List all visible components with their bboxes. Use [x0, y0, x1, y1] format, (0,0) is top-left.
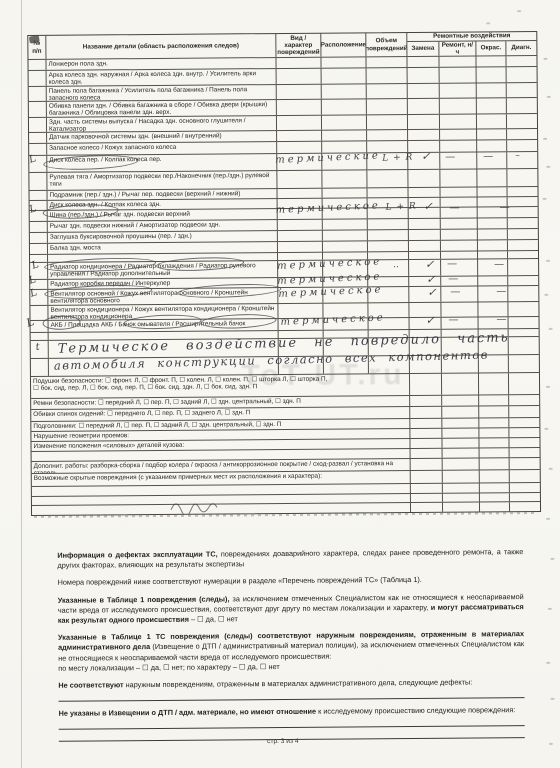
value-cell — [367, 170, 408, 187]
value-cell — [476, 56, 506, 66]
header-cell: Название детали (область расположения сл… — [46, 34, 276, 59]
value-cell — [441, 218, 478, 228]
handwritten-entry: — — [450, 287, 460, 298]
value-cell — [407, 57, 439, 67]
paragraph-bold-text: Информация о дефектах эксплуатации ТС, — [57, 549, 221, 559]
row-number-cell — [30, 233, 48, 243]
part-name-cell: Панель пола багажника / Усилитель пола б… — [47, 85, 277, 101]
value-cell — [440, 67, 477, 82]
value-cell — [440, 114, 477, 128]
handwritten-entry: .. — [393, 260, 399, 270]
value-cell — [508, 240, 538, 250]
value-cell — [477, 140, 507, 151]
repair-cell — [410, 396, 442, 406]
value-cell — [277, 85, 322, 99]
value-cell — [322, 99, 367, 114]
value-cell — [509, 355, 539, 372]
part-name-cell: Рычаг здн. подвески нижний / Амортизатор… — [48, 220, 278, 232]
handwritten-entry: — — [448, 315, 458, 326]
value-cell — [440, 187, 477, 196]
scan-noise-dot — [550, 558, 554, 560]
value-cell — [366, 57, 407, 67]
value-cell — [277, 100, 322, 115]
value-cell — [278, 231, 323, 241]
paragraph: Не соответствуют наружным повреждениям, … — [58, 677, 524, 702]
part-name-cell: Арка колеса здн. наружная / Арка колеса … — [47, 69, 277, 86]
repair-cell — [411, 459, 443, 470]
annotation-layer: термическиеL + R✓——–термическоеL + R✓——т… — [0, 0, 557, 2]
value-cell — [508, 302, 538, 316]
value-cell — [367, 115, 408, 129]
value-cell — [367, 188, 408, 197]
repair-cell — [510, 483, 540, 492]
value-cell — [408, 130, 440, 140]
value-cell — [508, 229, 538, 239]
value-cell — [477, 129, 507, 139]
value-cell — [440, 98, 477, 113]
value-cell — [277, 189, 322, 198]
value-cell — [478, 218, 508, 228]
repair-cell — [510, 470, 540, 482]
repair-cell — [510, 448, 540, 457]
row-number-cell — [29, 87, 47, 101]
value-cell — [440, 83, 477, 97]
part-name-cell: Здн. часть системы выпуска / Насадка здн… — [47, 116, 277, 132]
value-cell — [506, 56, 536, 66]
value-cell — [409, 241, 441, 251]
value-cell — [508, 276, 538, 285]
value-cell — [276, 58, 321, 68]
damage-table: № п/пНазвание детали (область расположен… — [27, 31, 541, 516]
header-cell: Ремонт, н/ч — [439, 41, 476, 56]
repair-cell — [411, 503, 443, 512]
scan-noise-dot — [546, 166, 550, 168]
handwritten-entry: L + R — [382, 152, 413, 163]
value-cell — [507, 140, 537, 151]
repair-cell — [443, 483, 480, 492]
value-cell — [440, 169, 477, 186]
header-cell: Окрас. — [476, 41, 506, 56]
repair-cell — [479, 418, 509, 427]
value-cell — [507, 67, 537, 82]
value-cell — [367, 68, 408, 83]
repair-cell — [509, 428, 539, 437]
repair-cell — [480, 493, 510, 501]
value-cell — [408, 99, 440, 114]
scan-noise-dot — [549, 468, 553, 470]
value-cell — [440, 140, 477, 151]
scan-noise-dot — [546, 386, 550, 388]
repair-cell — [410, 407, 442, 418]
repair-cell — [510, 493, 540, 501]
value-cell — [508, 218, 538, 228]
part-name-cell: Датчик парковочной системы здн. (внешний… — [47, 131, 277, 143]
value-cell — [368, 219, 409, 229]
repair-cell — [443, 493, 480, 501]
value-cell — [277, 69, 322, 84]
value-cell — [508, 259, 538, 275]
value-cell — [367, 84, 408, 98]
repair-cell — [442, 418, 479, 427]
repair-cell — [411, 484, 443, 493]
value-cell — [322, 68, 367, 83]
value-cell — [509, 329, 539, 336]
value-cell — [441, 229, 478, 239]
value-cell — [322, 188, 367, 197]
part-name-cell: Балка здн. моста — [48, 242, 278, 254]
handwritten-entry: — — [445, 152, 455, 163]
repair-cell — [479, 406, 509, 417]
repair-cell — [479, 395, 509, 405]
paragraph-text: Номера повреждений ниже соответствуют ну… — [58, 575, 422, 587]
handwritten-entry: – — [515, 151, 520, 161]
repair-cell — [442, 438, 479, 447]
row-number-cell — [29, 118, 47, 132]
paragraph: Указанные в Таблице 1 повреждения (следы… — [58, 592, 524, 626]
handwritten-entry: — — [500, 202, 510, 213]
paragraph-bold-text: Указанные в Таблице 1 повреждения (следы… — [58, 594, 233, 604]
header-cell: Объем повреждений — [366, 33, 407, 56]
value-cell — [507, 114, 537, 128]
value-cell — [277, 142, 322, 153]
scan-noise-dot — [546, 260, 550, 262]
value-cell — [477, 83, 507, 97]
value-cell — [441, 251, 478, 258]
scan-smudge — [29, 35, 40, 43]
repair-cell — [442, 406, 479, 417]
row-number-cell — [30, 222, 48, 232]
repair-cell — [443, 458, 480, 469]
handwritten-entry: L + R — [385, 201, 416, 212]
value-cell — [322, 170, 367, 187]
part-name-cell: Рулевая тяга / Амортизатор подвески пер.… — [47, 171, 277, 190]
header-cell: Расположение — [321, 33, 366, 56]
repair-cell — [443, 502, 480, 511]
value-cell — [478, 240, 508, 250]
repair-cell — [509, 418, 539, 427]
value-cell — [277, 171, 322, 188]
scan-noise-dot — [549, 328, 553, 330]
value-cell — [507, 187, 537, 196]
scan-noise-dot — [543, 58, 547, 60]
handwritten-entry: — — [494, 259, 504, 270]
value-cell — [408, 84, 440, 98]
value-cell — [441, 302, 478, 316]
repair-cell — [509, 438, 539, 447]
scan-noise-dot — [544, 428, 548, 430]
value-cell — [507, 169, 537, 186]
value-cell — [507, 98, 537, 113]
scan-noise-dot — [546, 518, 550, 520]
value-cell — [509, 317, 539, 328]
repair-cell — [510, 458, 540, 469]
value-cell — [478, 276, 508, 285]
repair-cell — [442, 373, 479, 394]
handwritten-entry: ✓ — [425, 314, 434, 327]
handwritten-entry: — — [447, 259, 457, 270]
value-cell — [323, 241, 368, 251]
scan-noise-dot — [486, 22, 490, 24]
scan-noise-dot — [546, 662, 550, 664]
row-number-cell — [28, 60, 46, 70]
value-cell — [367, 99, 408, 114]
scan-noise-dot — [548, 608, 552, 610]
value-cell — [408, 115, 440, 129]
part-name-cell: Обивка панели здн. / Обивка багажника в … — [47, 100, 277, 117]
repair-cell — [479, 438, 509, 447]
repair-cell — [480, 470, 510, 482]
value-cell — [477, 98, 507, 113]
value-cell — [321, 57, 366, 67]
row-number-cell — [29, 71, 47, 86]
value-cell — [478, 251, 508, 258]
value-cell — [408, 68, 440, 83]
paragraph: Номера повреждений ниже соответствуют ну… — [58, 574, 524, 588]
row-number-cell — [29, 133, 47, 143]
paragraph-text: – ☐ да, ☐ нет — [189, 614, 238, 623]
value-cell — [277, 131, 322, 141]
row-number-cell — [30, 244, 48, 254]
handwritten-entry: — — [483, 151, 493, 162]
scan-noise-dot — [517, 10, 521, 12]
repair-sub-header: ЗаменаРемонт, н/чОкрас.Диагн. — [407, 41, 536, 56]
scanned-document-page: ToT UT.ru № п/пНазвание детали (область … — [0, 0, 560, 768]
repair-cell — [480, 502, 510, 511]
value-cell — [409, 230, 441, 240]
repair-header-group: Ремонтные воздействияЗаменаРемонт, н/чОк… — [407, 32, 536, 56]
value-cell — [441, 240, 478, 250]
paragraph-bold-text: Не соответствуют — [58, 680, 125, 690]
handwritten-entry: ✓ — [425, 258, 434, 271]
scan-noise-dot — [547, 96, 551, 98]
scan-noise-dot — [544, 294, 548, 296]
value-cell — [441, 276, 478, 285]
repair-cell — [509, 406, 539, 417]
repair-cell — [480, 483, 510, 492]
repair-cell — [509, 395, 539, 405]
paragraph-text: по месту локализации – ☐ да, ☐ нет; по х… — [58, 662, 279, 673]
paragraph-text: к исследуемому происшествию следующие по… — [318, 705, 515, 716]
repair-cell — [480, 448, 510, 457]
handwritten-entry: ✓ — [421, 150, 430, 163]
value-cell — [508, 207, 538, 217]
repair-cell — [410, 374, 442, 395]
value-cell — [323, 230, 368, 240]
value-cell — [323, 219, 368, 229]
value-cell — [367, 130, 408, 140]
repair-cell — [411, 449, 443, 458]
value-cell — [322, 84, 367, 98]
conclusions-section: Информация о дефектах эксплуатации ТС, п… — [57, 547, 525, 749]
row-number-cell — [29, 102, 47, 117]
repair-cell — [410, 419, 442, 428]
value-cell — [322, 115, 367, 129]
value-cell — [439, 56, 476, 66]
value-cell — [408, 188, 440, 197]
handwritten-entry: — — [450, 203, 460, 214]
fill-in-line — [58, 688, 524, 702]
handwritten-entry: ✓ — [426, 273, 435, 286]
value-cell — [509, 337, 539, 354]
value-cell — [277, 116, 322, 130]
header-cell: Вид /характер повреждений — [276, 34, 321, 57]
value-cell — [442, 317, 479, 328]
part-name-cell: Запасное колесо / Кожух запасного колеса — [47, 142, 277, 155]
repair-cell — [442, 428, 479, 437]
repair-cell — [443, 470, 480, 482]
value-cell — [507, 152, 537, 168]
value-cell — [477, 169, 507, 186]
value-cell — [409, 287, 441, 302]
row-number-cell — [29, 173, 47, 190]
row-number-cell — [31, 333, 49, 340]
value-cell — [477, 67, 507, 82]
repair-cell — [443, 448, 480, 457]
value-cell — [278, 220, 323, 230]
repair-cell — [509, 373, 539, 394]
value-cell — [440, 129, 477, 139]
row-number-cell — [31, 359, 49, 376]
part-name-cell: Заглушка буксировочной проушины (пер. / … — [48, 231, 278, 243]
value-cell — [507, 129, 537, 139]
repair-cell — [411, 494, 443, 502]
repair-cell — [411, 471, 443, 483]
scan-noise-dot — [543, 138, 547, 140]
repair-cell — [510, 502, 540, 511]
paragraph: Указанные в Таблице 1 ТС повреждения (сл… — [58, 629, 524, 673]
repair-cell — [442, 395, 479, 405]
handwritten-entry: — — [496, 314, 506, 325]
value-cell — [477, 114, 507, 128]
handwritten-entry: — — [448, 274, 458, 285]
paragraph-text: наружным повреждениям, отраженным в мате… — [126, 678, 473, 690]
value-cell — [507, 83, 537, 97]
value-cell — [478, 229, 508, 239]
scan-noise-dot — [551, 698, 555, 700]
value-cell — [408, 170, 440, 187]
header-cell: Диагн. — [506, 41, 536, 56]
repair-cell — [480, 458, 510, 469]
signature-squiggle — [169, 499, 239, 514]
merged-text-cell: Подушки безопасности: ☐ фронт. Л, ☐ фрон… — [31, 374, 410, 398]
value-cell — [322, 130, 367, 140]
scan-noise-dot — [543, 198, 547, 200]
handwritten-entry: — — [496, 286, 506, 297]
value-cell — [278, 242, 323, 252]
handwritten-entry: ✓ — [424, 200, 433, 213]
value-cell — [409, 219, 441, 229]
scan-content: ToT UT.ru № п/пНазвание детали (область … — [0, 0, 560, 768]
header-cell: Замена — [407, 41, 439, 56]
paragraph-bold-text: Не указаны в Извещении о ДТП / адм. мате… — [59, 707, 319, 718]
value-cell — [508, 197, 538, 206]
value-cell — [368, 241, 409, 251]
value-cell — [508, 286, 538, 301]
repair-cell — [479, 373, 509, 394]
repair-cell — [410, 429, 442, 438]
repair-cell — [410, 439, 442, 448]
row-number-cell — [30, 191, 48, 200]
part-name-cell: Подрамник (пер./ здн.) / Рычаг пер. подв… — [48, 189, 278, 200]
handwritten-entry: ✓ — [427, 286, 436, 299]
paragraph: Информация о дефектах эксплуатации ТС, п… — [57, 547, 523, 571]
repair-cell — [479, 428, 509, 437]
scan-noise-dot — [549, 743, 553, 745]
value-cell — [477, 187, 507, 196]
value-cell — [368, 230, 409, 240]
part-name-cell: Лонжерон пола здн. — [46, 58, 276, 70]
value-cell — [508, 251, 538, 258]
